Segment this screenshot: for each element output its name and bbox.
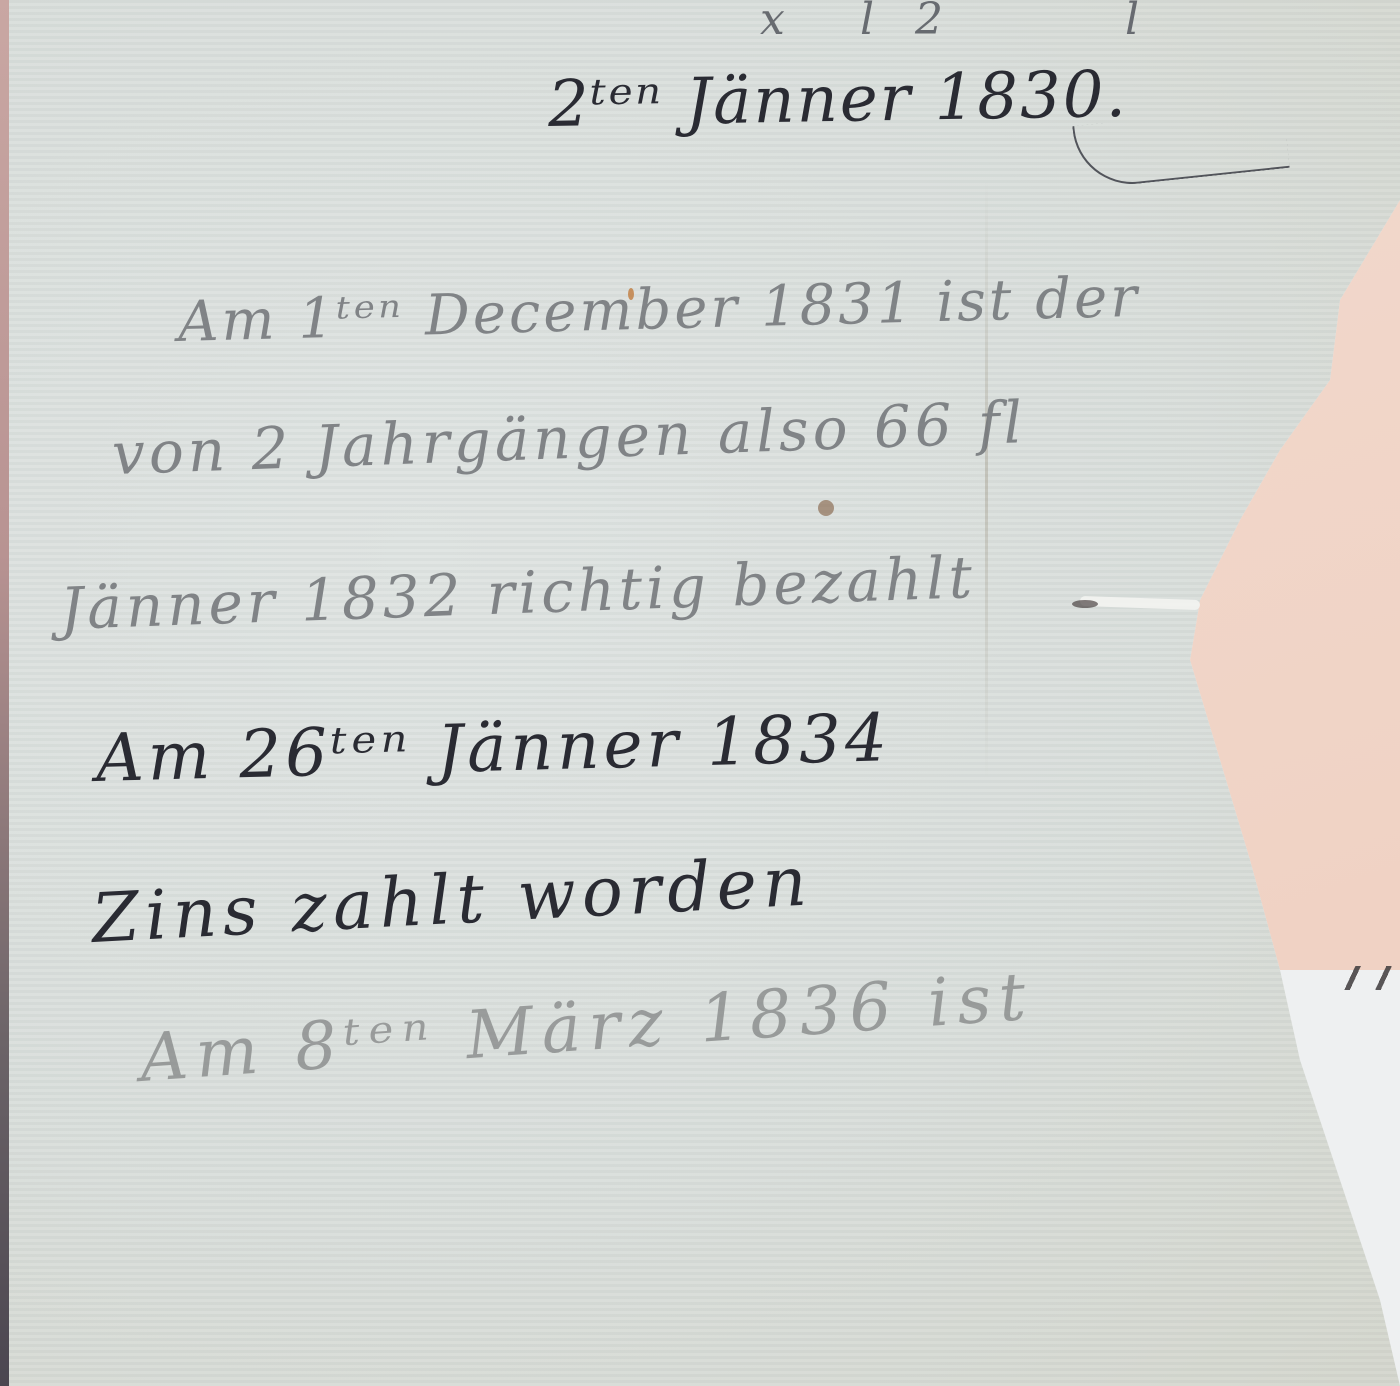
aged-paper-sheet [0, 0, 1400, 1386]
top-fragment: l [860, 0, 874, 45]
top-fragment: 2 [915, 0, 943, 45]
top-fragment: x [760, 0, 785, 45]
ink-stain [818, 500, 834, 516]
serrated-stamp-edge [1340, 966, 1400, 990]
header-date: 2ᵗᵉⁿ Jänner 1830. [547, 58, 1128, 142]
document-photo: x l 2 l 2ᵗᵉⁿ Jänner 1830. Am 1ᵗᵉⁿ Decemb… [0, 0, 1400, 1386]
left-binding-edge [0, 0, 9, 1386]
ink-stain [1072, 600, 1098, 608]
top-fragment: l [1125, 0, 1139, 45]
